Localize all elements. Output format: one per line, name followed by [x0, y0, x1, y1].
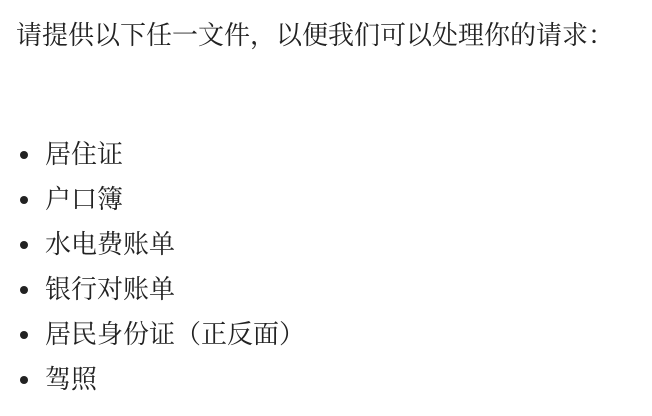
bullet-icon: [20, 331, 28, 339]
list-item: 银行对账单: [0, 269, 305, 314]
bullet-icon: [20, 376, 28, 384]
document-list: 居住证 户口簿 水电费账单 银行对账单 居民身份证（正反面） 驾照: [0, 134, 305, 404]
list-item: 水电费账单: [0, 224, 305, 269]
bullet-icon: [20, 286, 28, 294]
document-label: 居民身份证（正反面）: [45, 320, 305, 350]
document-label: 驾照: [45, 365, 97, 395]
list-item: 户口簿: [0, 179, 305, 224]
list-item: 驾照: [0, 359, 305, 404]
list-item: 居民身份证（正反面）: [0, 314, 305, 359]
list-item: 居住证: [0, 134, 305, 179]
intro-text: 请提供以下任一文件，以便我们可以处理你的请求：: [16, 14, 614, 58]
document-label: 居住证: [45, 140, 123, 170]
document-label: 银行对账单: [45, 275, 175, 305]
bullet-icon: [20, 151, 28, 159]
document-label: 户口簿: [45, 185, 123, 215]
bullet-icon: [20, 196, 28, 204]
bullet-icon: [20, 241, 28, 249]
document-label: 水电费账单: [45, 230, 175, 260]
